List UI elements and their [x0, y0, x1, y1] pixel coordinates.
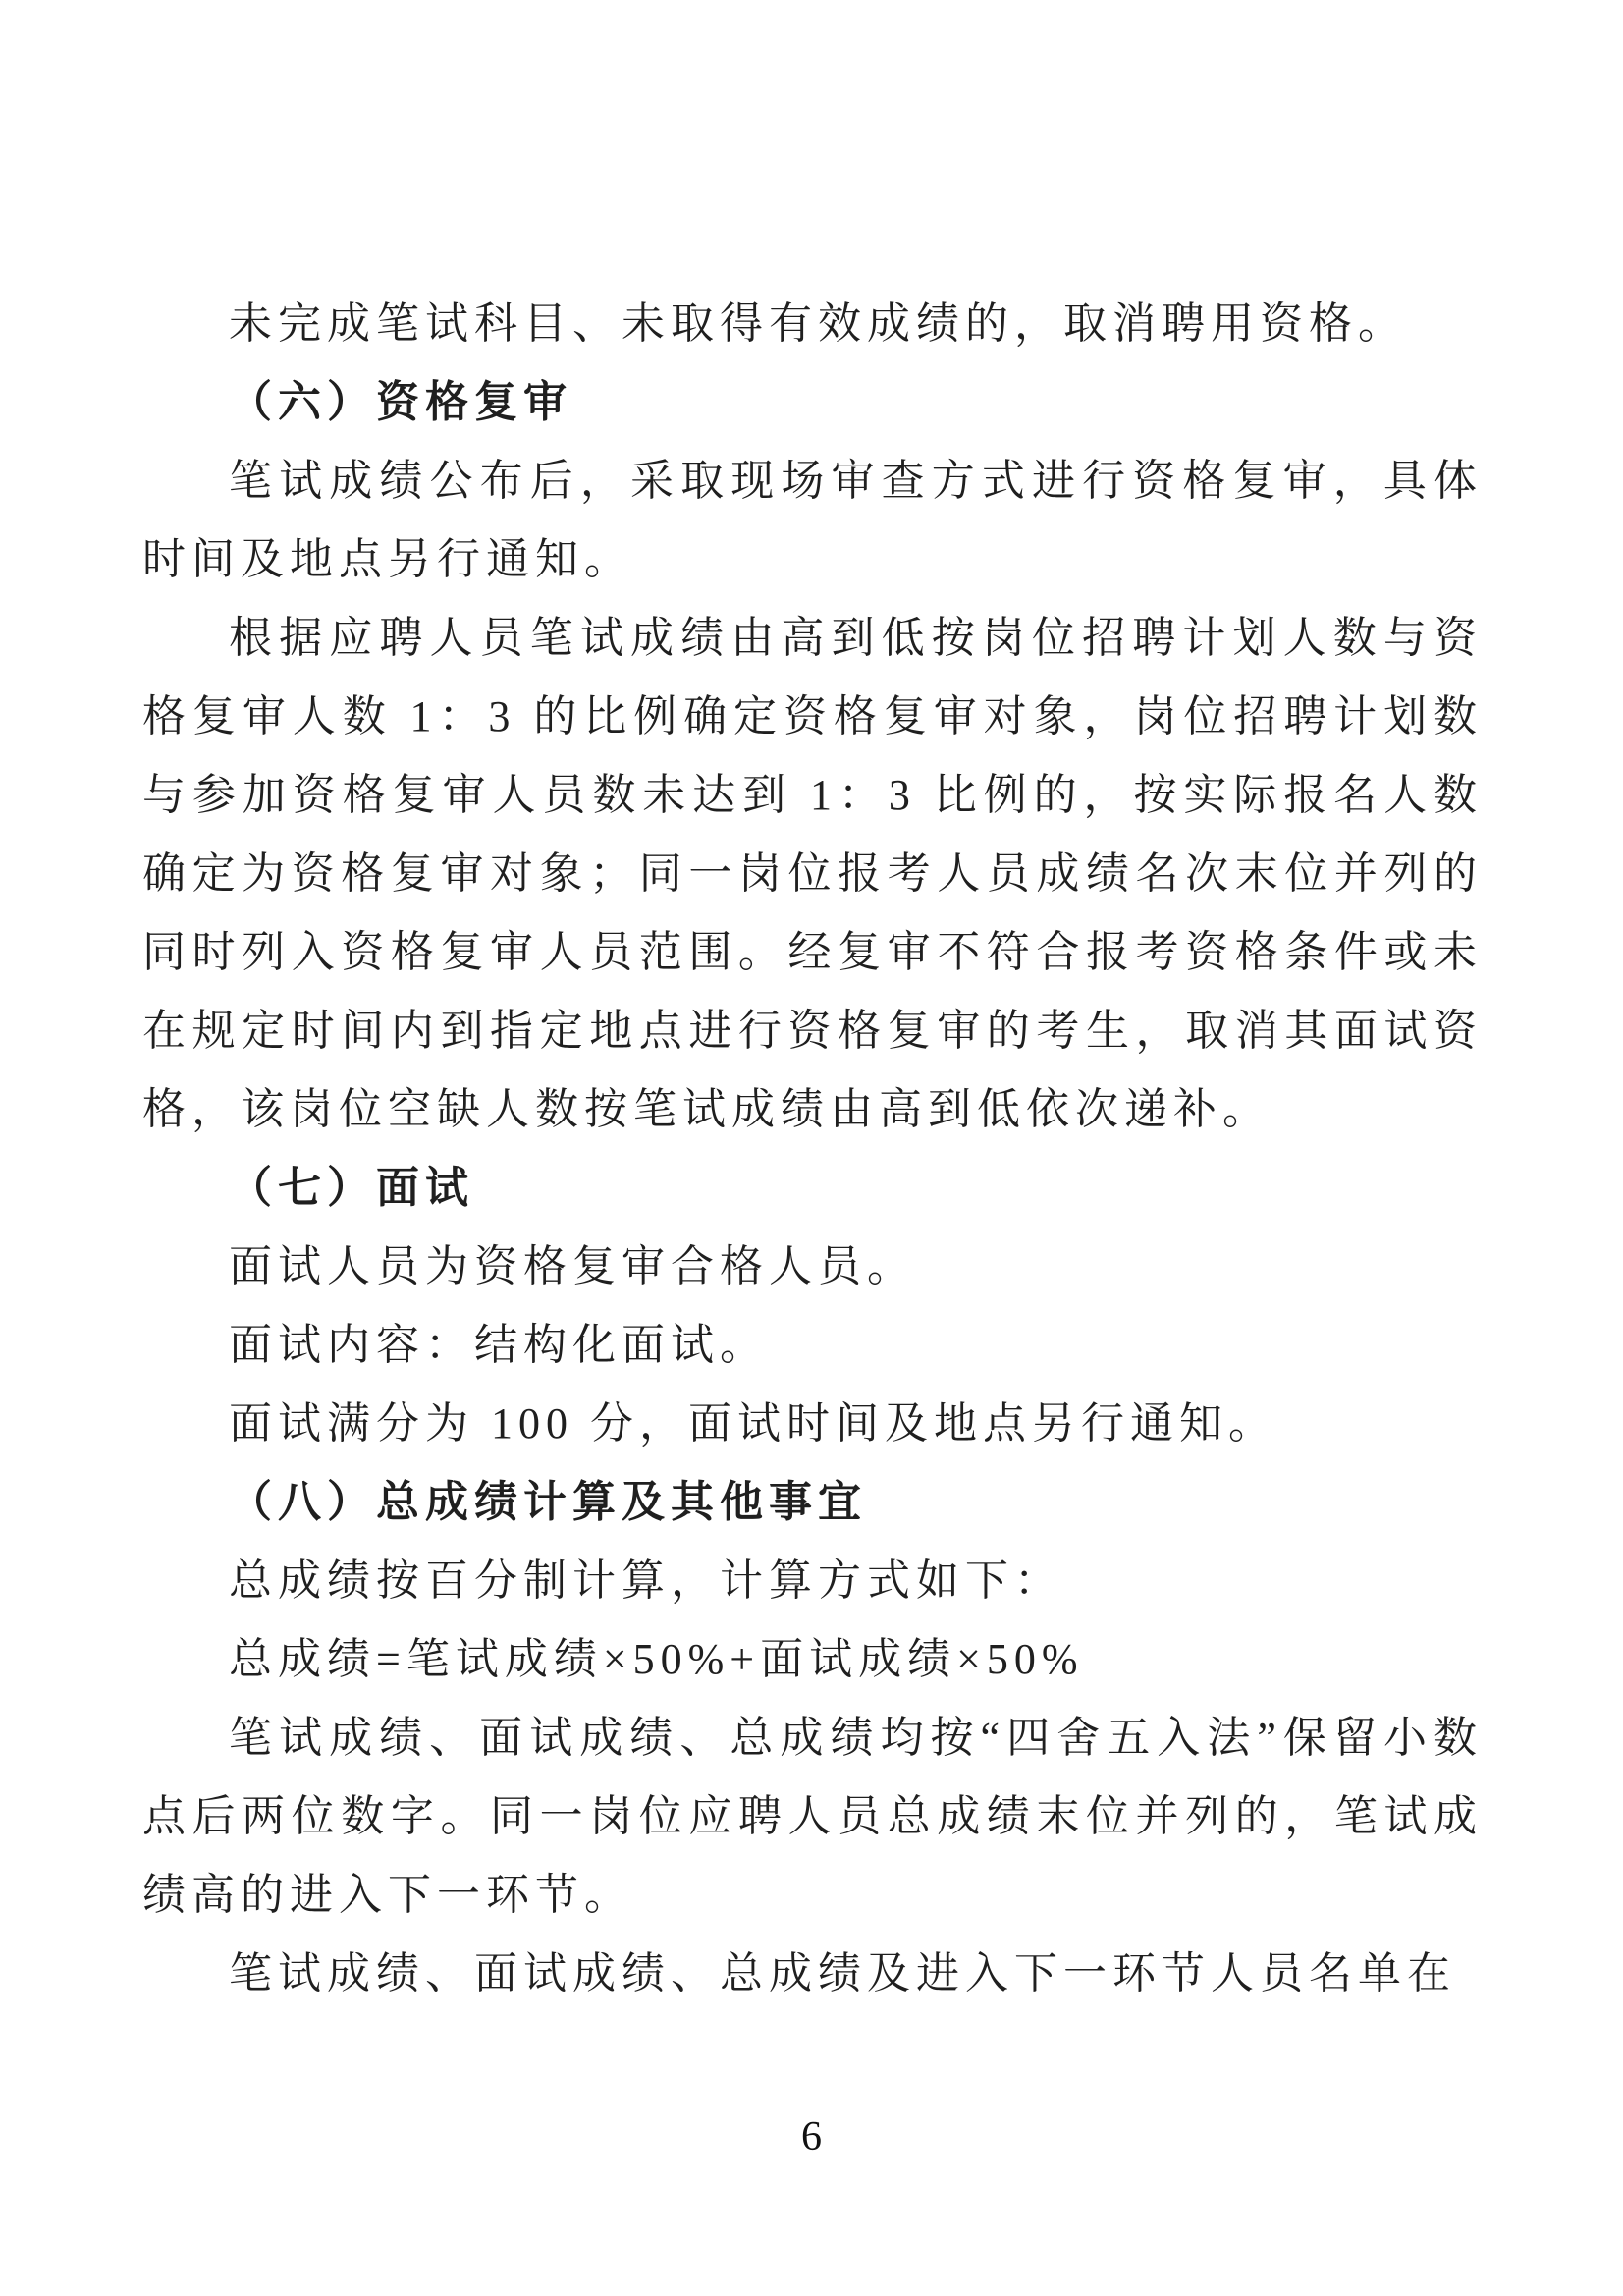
document-body: 未完成笔试科目、未取得有效成绩的，取消聘用资格。 （六）资格复审 笔试成绩公布后… [142, 285, 1483, 2013]
heading-section-6-qualification: （六）资格复审 [142, 363, 1483, 442]
paragraph-score-method-intro: 总成绩按百分制计算，计算方式如下： [142, 1542, 1483, 1620]
paragraph-interview-content: 面试内容：结构化面试。 [142, 1306, 1483, 1385]
paragraph-score-formula: 总成绩=笔试成绩×50%+面试成绩×50% [142, 1620, 1483, 1699]
paragraph-review-announcement: 笔试成绩公布后，采取现场审查方式进行资格复审，具体时间及地点另行通知。 [142, 442, 1483, 599]
heading-section-8-total-score: （八）总成绩计算及其他事宜 [142, 1463, 1483, 1542]
document-page: 未完成笔试科目、未取得有效成绩的，取消聘用资格。 （六）资格复审 笔试成绩公布后… [0, 0, 1623, 2296]
page-number: 6 [801, 2114, 822, 2159]
paragraph-rounding-tiebreak-rules: 笔试成绩、面试成绩、总成绩均按“四舍五入法”保留小数点后两位数字。同一岗位应聘人… [142, 1699, 1483, 1935]
paragraph-exam-invalid-result: 未完成笔试科目、未取得有效成绩的，取消聘用资格。 [142, 285, 1483, 363]
paragraph-interview-score: 面试满分为 100 分，面试时间及地点另行通知。 [142, 1385, 1483, 1463]
paragraph-results-publication: 笔试成绩、面试成绩、总成绩及进入下一环节人员名单在 [142, 1935, 1483, 2013]
paragraph-interview-candidates: 面试人员为资格复审合格人员。 [142, 1228, 1483, 1306]
heading-section-7-interview: （七）面试 [142, 1149, 1483, 1228]
paragraph-review-ratio-rules: 根据应聘人员笔试成绩由高到低按岗位招聘计划人数与资格复审人数 1：3 的比例确定… [142, 599, 1483, 1149]
page-footer: 6 [0, 2109, 1623, 2164]
